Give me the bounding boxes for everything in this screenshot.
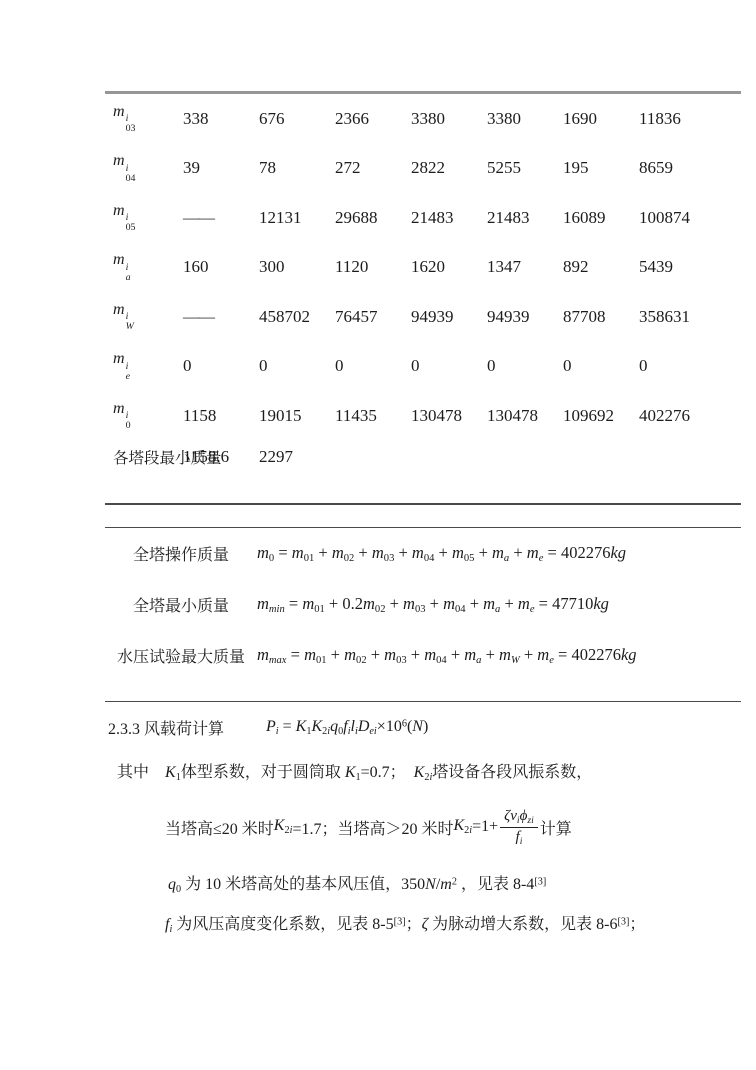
paragraph: 其中 K1体型系数，对于圆筒取 K1=0.7； K2i塔设备各段风振系数， [117, 759, 592, 783]
table-cell: 676 [259, 109, 335, 129]
table-cell: 78 [259, 158, 335, 178]
table-cell: 100874 [639, 208, 715, 228]
table-cell: 39 [183, 158, 259, 178]
table-cell: 892 [563, 257, 639, 277]
table-cell: —— [183, 208, 259, 228]
row-label: miW [105, 301, 183, 333]
table-cell: 1347 [487, 257, 563, 277]
table-row: miW——45870276457949399493987708358631 [105, 292, 741, 342]
row-label: mia [105, 251, 183, 283]
table-row: mi01158190151143513047813047810969240227… [105, 391, 741, 441]
document-page: mi03338676236633803380169011836mi0439782… [0, 0, 756, 1070]
table-cell: 358631 [639, 307, 715, 327]
table-cell: 109692 [563, 406, 639, 426]
table-cell: 0 [487, 356, 563, 376]
table-cell: 21483 [487, 208, 563, 228]
segment-mass-table-body: mi03338676236633803380169011836mi0439782… [105, 94, 741, 503]
table-cell: 272 [335, 158, 411, 178]
table-summary-row: 各塔段最小质量1158.62297 [105, 441, 741, 503]
table-cell: 29688 [335, 208, 411, 228]
table-cell: 0 [183, 356, 259, 376]
table-cell: 300 [259, 257, 335, 277]
table-cell: 2297 [259, 447, 335, 467]
row-label: mi03 [105, 103, 183, 135]
row-label: mi04 [105, 152, 183, 184]
total-mass-table-body: 全塔操作质量m0 = m01 + m02 + m03 + m04 + m05 +… [105, 528, 741, 701]
table-cell: 0 [335, 356, 411, 376]
table-cell: 458702 [259, 307, 335, 327]
table-row: mi03338676236633803380169011836 [105, 94, 741, 144]
table-cell: 11836 [639, 109, 715, 129]
table-cell: 130478 [487, 406, 563, 426]
table-row: mi05——1213129688214832148316089100874 [105, 193, 741, 243]
table-cell: 94939 [411, 307, 487, 327]
summary-table-bottom-rule [105, 701, 741, 702]
table-cell: 130478 [411, 406, 487, 426]
row-formula: mmax = m01 + m02 + m03 + m04 + ma + mW +… [257, 645, 637, 666]
table-cell: 11435 [335, 406, 411, 426]
table-cell: 160 [183, 257, 259, 277]
row-label: 全塔最小质量 [105, 593, 257, 616]
mass-summary-row: 水压试验最大质量mmax = m01 + m02 + m03 + m04 + m… [105, 630, 741, 681]
table-cell: 1158 [183, 406, 259, 426]
table-cell: —— [183, 307, 259, 327]
table-cell: 2822 [411, 158, 487, 178]
table-cell: 16089 [563, 208, 639, 228]
table-cell: 19015 [259, 406, 335, 426]
wind-load-formula: Pi = K1K2iq0filiDei×106(N) [266, 718, 428, 737]
table-cell: 195 [563, 158, 639, 178]
table-cell: 1620 [411, 257, 487, 277]
row-label: 各塔段最小质量 [105, 447, 183, 471]
paragraph: q0 为 10 米塔高处的基本风压值，350N/m2 ，见表 8-4[3] [168, 871, 546, 895]
table-cell: 5255 [487, 158, 563, 178]
table-cell: 0 [259, 356, 335, 376]
table-cell: 12131 [259, 208, 335, 228]
table-cell: 2366 [335, 109, 411, 129]
row-label: mi0 [105, 400, 183, 432]
table-cell: 8659 [639, 158, 715, 178]
table-cell: 402276 [639, 406, 715, 426]
table-cell: 338 [183, 109, 259, 129]
table-row: mia1603001120162013478925439 [105, 243, 741, 293]
total-mass-table: 全塔操作质量m0 = m01 + m02 + m03 + m04 + m05 +… [105, 527, 741, 702]
table-cell: 3380 [487, 109, 563, 129]
row-label: mie [105, 350, 183, 382]
table-cell: 1120 [335, 257, 411, 277]
table-row: mie0000000 [105, 342, 741, 392]
row-label: mi05 [105, 202, 183, 234]
table-cell: 5439 [639, 257, 715, 277]
row-formula: mmin = m01 + 0.2m02 + m03 + m04 + ma + m… [257, 594, 609, 615]
table-cell: 1158.6 [183, 447, 259, 467]
table-cell: 87708 [563, 307, 639, 327]
row-formula: m0 = m01 + m02 + m03 + m04 + m05 + ma + … [257, 543, 626, 564]
row-label: 全塔操作质量 [105, 542, 257, 565]
table-row: mi043978272282252551958659 [105, 144, 741, 194]
table-cell: 0 [639, 356, 715, 376]
table-cell: 3380 [411, 109, 487, 129]
table-cell: 1690 [563, 109, 639, 129]
table-cell: 0 [563, 356, 639, 376]
section-heading: 2.3.3 风载荷计算 [108, 716, 224, 739]
mass-summary-row: 全塔操作质量m0 = m01 + m02 + m03 + m04 + m05 +… [105, 528, 741, 579]
paragraph: 当塔高≤20 米时 K2i=1.7；当塔高＞20 米时 K2i=1+ζviϕzi… [165, 804, 572, 850]
paragraph: fi 为风压高度变化系数，见表 8-5[3]；ζ 为脉动增大系数，见表 8-6[… [165, 911, 645, 935]
table-cell: 21483 [411, 208, 487, 228]
section-heading-line: 2.3.3 风载荷计算 Pi = K1K2iq0filiDei×106(N) [108, 716, 428, 739]
table-cell: 94939 [487, 307, 563, 327]
table-cell: 76457 [335, 307, 411, 327]
segment-mass-table: mi03338676236633803380169011836mi0439782… [105, 91, 741, 505]
mass-summary-row: 全塔最小质量mmin = m01 + 0.2m02 + m03 + m04 + … [105, 579, 741, 630]
table-bottom-rule [105, 503, 741, 505]
row-label: 水压试验最大质量 [105, 644, 257, 667]
table-cell: 0 [411, 356, 487, 376]
